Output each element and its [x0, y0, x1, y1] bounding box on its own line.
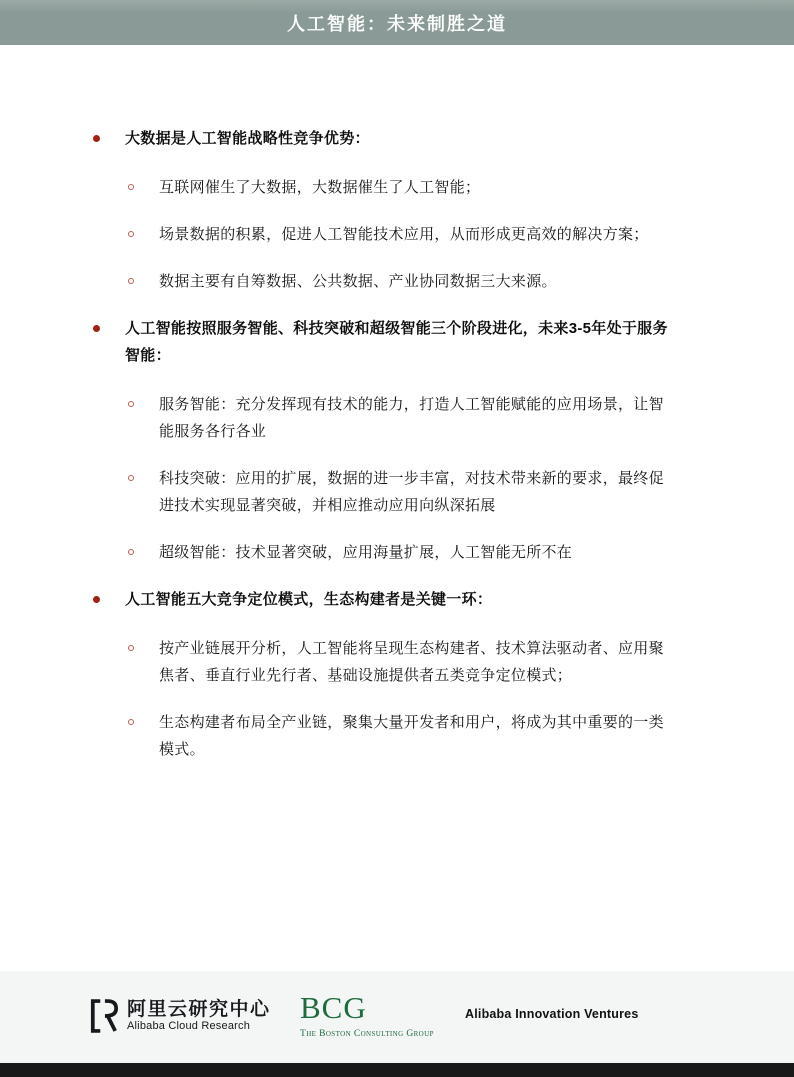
bullet-list: 大数据是人工智能战略性竞争优势： 互联网催生了大数据，大数据催生了人工智能； 场… — [93, 125, 713, 783]
bullet-dot-icon — [93, 325, 100, 332]
bullet-dot-icon — [93, 596, 100, 603]
bullet-circle-icon — [128, 475, 134, 481]
sub-bullet-item: 按产业链展开分析，人工智能将呈现生态构建者、技术算法驱动者、应用聚焦者、垂直行业… — [128, 635, 713, 689]
sub-bullet-text: 科技突破：应用的扩展，数据的进一步丰富，对技术带来新的要求，最终促进技术实现显著… — [159, 465, 676, 519]
page-header: 人工智能：未来制胜之道 — [0, 0, 794, 45]
bcg-logo: BCG The Boston Consulting Group — [300, 992, 445, 1039]
sub-bullet-text: 互联网催生了大数据，大数据催生了人工智能； — [159, 174, 676, 201]
bullet-item: 大数据是人工智能战略性竞争优势： — [93, 125, 713, 152]
bcg-tagline: The Boston Consulting Group — [300, 1029, 445, 1039]
sub-bullet-text: 按产业链展开分析，人工智能将呈现生态构建者、技术算法驱动者、应用聚焦者、垂直行业… — [159, 635, 676, 689]
acr-english-name: Alibaba Cloud Research — [127, 1020, 271, 1033]
sub-bullet-item: 科技突破：应用的扩展，数据的进一步丰富，对技术带来新的要求，最终促进技术实现显著… — [128, 465, 713, 519]
alibaba-innovation-ventures-logo: Alibaba Innovation Ventures — [465, 1007, 639, 1021]
bullet-title: 人工智能按照服务智能、科技突破和超级智能三个阶段进化，未来3-5年处于服务智能： — [125, 315, 673, 369]
page-footer: 阿里云研究中心 Alibaba Cloud Research BCG The B… — [0, 971, 794, 1063]
sub-bullet-text: 服务智能：充分发挥现有技术的能力，打造人工智能赋能的应用场景，让智能服务各行各业 — [159, 391, 676, 445]
bullet-title: 大数据是人工智能战略性竞争优势： — [125, 125, 673, 152]
page-title: 人工智能：未来制胜之道 — [287, 10, 507, 36]
sub-bullet-item: 场景数据的积累，促进人工智能技术应用，从而形成更高效的解决方案； — [128, 221, 713, 248]
bullet-title: 人工智能五大竞争定位模式，生态构建者是关键一环： — [125, 586, 673, 613]
sub-bullet-item: 超级智能：技术显著突破，应用海量扩展，人工智能无所不在 — [128, 539, 713, 566]
sub-bullet-item: 数据主要有自筹数据、公共数据、产业协同数据三大来源。 — [128, 268, 713, 295]
sub-bullet-text: 数据主要有自筹数据、公共数据、产业协同数据三大来源。 — [159, 268, 676, 295]
sub-bullet-text: 生态构建者布局全产业链，聚集大量开发者和用户，将成为其中重要的一类模式。 — [159, 709, 676, 763]
bullet-circle-icon — [128, 549, 134, 555]
acr-chinese-name: 阿里云研究中心 — [127, 999, 271, 1020]
bullet-circle-icon — [128, 184, 134, 190]
bullet-item: 人工智能五大竞争定位模式，生态构建者是关键一环： — [93, 586, 713, 613]
sub-bullet-item: 生态构建者布局全产业链，聚集大量开发者和用户，将成为其中重要的一类模式。 — [128, 709, 713, 763]
sub-bullet-text: 场景数据的积累，促进人工智能技术应用，从而形成更高效的解决方案； — [159, 221, 676, 248]
alibaba-cloud-research-logo: 阿里云研究中心 Alibaba Cloud Research — [90, 997, 271, 1035]
bullet-circle-icon — [128, 231, 134, 237]
bullet-circle-icon — [128, 278, 134, 284]
sub-bullet-text: 超级智能：技术显著突破，应用海量扩展，人工智能无所不在 — [159, 539, 676, 566]
bottom-bar — [0, 1063, 794, 1077]
bullet-circle-icon — [128, 645, 134, 651]
bullet-circle-icon — [128, 719, 134, 725]
sub-bullet-item: 互联网催生了大数据，大数据催生了人工智能； — [128, 174, 713, 201]
report-page: 人工智能：未来制胜之道 大数据是人工智能战略性竞争优势： 互联网催生了大数据，大… — [0, 0, 794, 1077]
sub-bullet-item: 服务智能：充分发挥现有技术的能力，打造人工智能赋能的应用场景，让智能服务各行各业 — [128, 391, 713, 445]
alibaba-cloud-research-mark-icon — [90, 997, 118, 1035]
alibaba-cloud-research-text: 阿里云研究中心 Alibaba Cloud Research — [127, 999, 271, 1033]
bcg-acronym: BCG — [300, 992, 445, 1024]
bullet-circle-icon — [128, 401, 134, 407]
bullet-dot-icon — [93, 135, 100, 142]
bullet-item: 人工智能按照服务智能、科技突破和超级智能三个阶段进化，未来3-5年处于服务智能： — [93, 315, 713, 369]
